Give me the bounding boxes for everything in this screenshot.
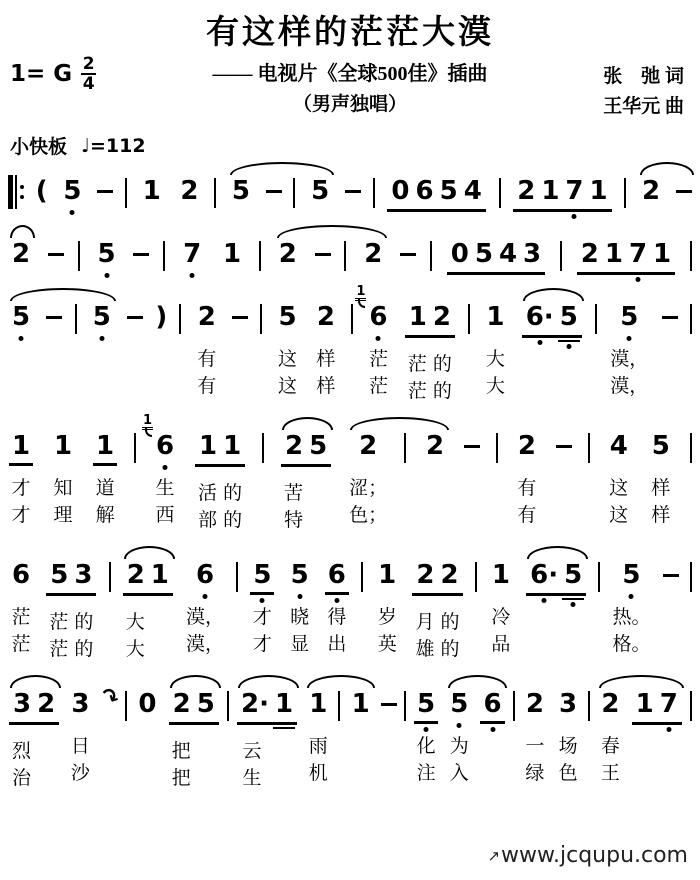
octave-dot bbox=[99, 336, 104, 341]
barline bbox=[690, 562, 692, 592]
note-digit: 5 bbox=[95, 238, 119, 270]
duration-dash bbox=[46, 316, 62, 319]
lyric-row: 这 bbox=[276, 347, 300, 372]
note-digit: 4 bbox=[607, 430, 631, 462]
lyric bbox=[522, 352, 552, 377]
lyric-row: 这 bbox=[607, 476, 631, 501]
beam-group: 2171 bbox=[513, 175, 611, 212]
music-line: (51255065421712 bbox=[8, 175, 692, 212]
second-underline bbox=[558, 340, 580, 343]
lyric: 色； bbox=[349, 503, 387, 528]
duration-dash bbox=[266, 190, 282, 193]
music-line: 25712205432171 bbox=[8, 238, 692, 275]
barline bbox=[78, 241, 80, 271]
note-digit: 6· bbox=[527, 559, 561, 591]
barline bbox=[430, 241, 432, 271]
octave-dot bbox=[635, 277, 640, 282]
lyric: 茫 bbox=[405, 379, 430, 404]
note-digit: 5 bbox=[617, 301, 641, 333]
lyric: 的 bbox=[220, 481, 245, 506]
note-digit: 1 bbox=[93, 430, 117, 462]
note-digit: 2 bbox=[34, 688, 58, 720]
note-group: 25苦 特 bbox=[281, 430, 331, 533]
lyric-row: 英 bbox=[375, 632, 399, 657]
note-token: 4这这 bbox=[607, 430, 631, 528]
lyric-row: 注 bbox=[414, 761, 438, 786]
lyric: 茫 bbox=[366, 374, 390, 399]
lyric-row bbox=[526, 610, 586, 635]
second-underline bbox=[562, 598, 584, 601]
duration-dash bbox=[345, 190, 361, 193]
lyric: 雄 bbox=[412, 637, 437, 662]
barline bbox=[236, 562, 238, 592]
note-token: 1知理 bbox=[51, 430, 75, 528]
note-digit: 5 bbox=[90, 301, 114, 333]
lyric: 治 bbox=[9, 766, 34, 791]
lyric-row: 治 bbox=[9, 766, 59, 791]
lyric bbox=[632, 739, 657, 764]
lyric-row: 大 bbox=[123, 610, 173, 635]
barline bbox=[588, 433, 590, 463]
beam-group: 0543 bbox=[447, 238, 545, 275]
lyric-row: 大 bbox=[483, 347, 507, 372]
lyric bbox=[148, 637, 173, 662]
lyric-row: 茫的 bbox=[46, 610, 96, 635]
lyric-row: 大 bbox=[483, 374, 507, 399]
lyric: 王 bbox=[598, 761, 622, 786]
lyric: 理 bbox=[51, 503, 75, 528]
lyric: 的 bbox=[71, 610, 96, 635]
lyric: 化 bbox=[414, 734, 438, 759]
slur bbox=[124, 546, 175, 559]
lyric-row: 漠， bbox=[610, 374, 648, 399]
note-digit: 2 bbox=[423, 430, 447, 462]
note-digit: 1 bbox=[406, 301, 430, 333]
lyric bbox=[423, 476, 447, 501]
octave-dot bbox=[334, 598, 339, 603]
lyric-row: 茫 bbox=[366, 347, 390, 372]
lyric-row: 苦 bbox=[281, 481, 331, 506]
octave-dot bbox=[537, 340, 542, 345]
note-digit: 2 bbox=[170, 688, 194, 720]
lyric: 特 bbox=[281, 508, 306, 533]
lyricist: 张 弛 词 bbox=[603, 62, 684, 92]
lyric bbox=[267, 739, 297, 764]
lyric bbox=[194, 766, 219, 791]
lyric-row: 生 bbox=[237, 766, 297, 791]
key-text: 1= G bbox=[10, 61, 72, 87]
lyric-row: 机 bbox=[306, 761, 330, 786]
beam-group: 2·1 bbox=[237, 688, 297, 725]
note-digit: 6 bbox=[480, 688, 504, 720]
note-digit: 5 bbox=[288, 559, 312, 591]
lyric: 的 bbox=[430, 379, 455, 404]
lyric: 苦 bbox=[281, 481, 306, 506]
barline bbox=[595, 304, 597, 334]
note-digit: 1 bbox=[349, 688, 373, 720]
note-group: 2·1云 生 bbox=[237, 688, 297, 791]
note-digit: 5 bbox=[250, 559, 274, 591]
octave-dot bbox=[627, 336, 632, 341]
slur bbox=[230, 162, 334, 175]
lyric-row: 春 bbox=[598, 734, 622, 759]
duration-dash bbox=[663, 574, 679, 577]
note-digit: 1 bbox=[306, 688, 330, 720]
note-digit: 2 bbox=[9, 238, 33, 270]
lyric: 才 bbox=[250, 632, 274, 657]
lyric bbox=[135, 734, 159, 759]
lyric bbox=[148, 610, 173, 635]
octave-dot bbox=[104, 273, 109, 278]
beam-group: 17 bbox=[632, 688, 682, 725]
note-digit: 7 bbox=[657, 688, 681, 720]
barline bbox=[624, 178, 626, 208]
slur bbox=[640, 162, 694, 175]
beam-group: 25 bbox=[281, 430, 331, 467]
lyric-row: 才 bbox=[9, 476, 33, 501]
lyric-row: 入 bbox=[447, 761, 471, 786]
lyric-row: 雨 bbox=[306, 734, 330, 759]
lyric-row bbox=[632, 739, 682, 764]
lyric: 注 bbox=[414, 761, 438, 786]
note-token: 5化注 bbox=[414, 688, 438, 786]
lyric: 机 bbox=[306, 761, 330, 786]
lyric-row: 茫的 bbox=[405, 379, 455, 404]
note-digit: 5 bbox=[414, 688, 438, 720]
note-token: 5 bbox=[90, 301, 114, 399]
duration-dash bbox=[676, 190, 692, 193]
note-digit: 1 bbox=[483, 301, 507, 333]
lyric-row: 大 bbox=[123, 637, 173, 662]
note-digit: 5 bbox=[437, 175, 461, 207]
note-digit: 3 bbox=[68, 688, 92, 720]
duration-dash bbox=[127, 316, 143, 319]
lyric-row: 样 bbox=[649, 476, 673, 501]
note-digit: 5 bbox=[306, 430, 330, 462]
lyric: 茫 bbox=[46, 637, 71, 662]
note-token: 1 bbox=[220, 238, 244, 270]
note-token: 5漠，漠， bbox=[610, 301, 648, 399]
lyric-row: 出 bbox=[325, 632, 349, 657]
barline bbox=[404, 691, 406, 721]
lyric: 部 bbox=[195, 508, 220, 533]
note-digit: 1 bbox=[489, 559, 513, 591]
lyric-row: 烈 bbox=[9, 739, 59, 764]
lyric-row bbox=[135, 761, 159, 786]
tempo-marking: 小快板 ♩=112 bbox=[10, 132, 700, 159]
note-digit: 3 bbox=[556, 688, 580, 720]
lyric: 有 bbox=[195, 374, 219, 399]
song-subtitle: —— 电视片《全球500佳》插曲 bbox=[0, 57, 700, 86]
lyric-row bbox=[526, 637, 586, 662]
watermark-url: www.jcqupu.com bbox=[501, 843, 688, 868]
note-digit: 2 bbox=[413, 559, 437, 591]
lyric-row: 理 bbox=[51, 503, 75, 528]
note-digit: 2 bbox=[282, 430, 306, 462]
lyric bbox=[194, 739, 219, 764]
credits: 张 弛 词 王华元 曲 bbox=[603, 62, 684, 122]
lyric: 生 bbox=[153, 476, 177, 501]
slur bbox=[277, 225, 388, 238]
note-token: 1才才 bbox=[9, 430, 33, 528]
octave-dot bbox=[571, 602, 576, 607]
lyric: 茫 bbox=[366, 347, 390, 372]
lyric-row: 部的 bbox=[195, 508, 245, 533]
note-token: 5 bbox=[60, 175, 84, 207]
note-digit: 1 bbox=[220, 430, 244, 462]
note-digit: 2 bbox=[515, 430, 539, 462]
note-digit: 61 bbox=[366, 301, 390, 333]
note-digit: 7 bbox=[626, 238, 650, 270]
lyric-row: 才 bbox=[250, 605, 274, 630]
note-token: 5 bbox=[308, 175, 332, 207]
lyric-row: 沙 bbox=[68, 761, 92, 786]
lyric: 有 bbox=[515, 476, 539, 501]
note-token: 1道解 bbox=[93, 430, 117, 528]
barline bbox=[499, 178, 501, 208]
note-digit: 4 bbox=[496, 238, 520, 270]
lyric-row: 色 bbox=[556, 761, 580, 786]
duration-dash bbox=[400, 253, 416, 256]
lyric-row: 有 bbox=[195, 347, 219, 372]
note-token: 1雨机 bbox=[306, 688, 330, 786]
octave-dot bbox=[457, 723, 462, 728]
beam-group: 53 bbox=[46, 559, 96, 596]
beam-group: 2171 bbox=[577, 238, 675, 275]
lyric: 出 bbox=[325, 632, 349, 657]
octave-dot bbox=[376, 336, 381, 341]
rest-note: 0 bbox=[388, 175, 412, 207]
note-digit: 2 bbox=[438, 559, 462, 591]
lyric: 这 bbox=[276, 347, 300, 372]
duration-dash bbox=[48, 253, 64, 256]
barline bbox=[475, 562, 477, 592]
barline bbox=[125, 178, 127, 208]
barline bbox=[260, 304, 262, 334]
lyric bbox=[306, 508, 331, 533]
note-token: 2涩；色； bbox=[349, 430, 387, 528]
key-signature: 1= G 2 4 bbox=[10, 56, 96, 92]
note-token: 6漠，漠， bbox=[186, 559, 224, 657]
barline bbox=[75, 304, 77, 334]
note-token: 2 bbox=[276, 238, 300, 270]
note-group: 53茫的茫的 bbox=[46, 559, 96, 662]
octave-dot bbox=[424, 727, 429, 732]
beam-group: 22 bbox=[412, 559, 462, 596]
lyric bbox=[552, 379, 582, 404]
lyric: 这 bbox=[276, 374, 300, 399]
duration-dash bbox=[556, 445, 572, 448]
lyric: 英 bbox=[375, 632, 399, 657]
note-digit: 6 bbox=[325, 559, 349, 591]
note-token: 2一绿 bbox=[523, 688, 547, 786]
score: (51255065421712257122054321715 5 )2有有5这这… bbox=[0, 175, 700, 791]
note-digit: 2 bbox=[639, 175, 663, 207]
time-signature: 2 4 bbox=[81, 56, 96, 92]
note-token: 5 bbox=[9, 301, 33, 399]
lyric: 才 bbox=[9, 503, 33, 528]
rest-note: 0 bbox=[448, 238, 472, 270]
note-digit: 2 bbox=[356, 430, 380, 462]
lyric-row bbox=[349, 734, 373, 759]
duration-dash bbox=[381, 703, 397, 706]
cursor-arrow-icon: ↗ bbox=[487, 847, 500, 865]
duration-dash bbox=[464, 445, 480, 448]
lyric bbox=[34, 766, 59, 791]
lyric: 知 bbox=[51, 476, 75, 501]
barline bbox=[214, 178, 216, 208]
lyric bbox=[480, 734, 504, 759]
lyric bbox=[657, 739, 682, 764]
lyric-row: 才 bbox=[9, 503, 33, 528]
slur bbox=[238, 675, 299, 688]
barline bbox=[361, 562, 363, 592]
lyric-row: 绿 bbox=[523, 761, 547, 786]
beam-group: 21 bbox=[123, 559, 173, 596]
lyric bbox=[423, 503, 447, 528]
note-digit: 5 bbox=[447, 688, 471, 720]
sheet-music-page: { "header": { "title": "有这样的茫茫大漠", "subt… bbox=[0, 0, 700, 880]
lyric: 样 bbox=[314, 374, 338, 399]
note-digit: 2 bbox=[361, 238, 385, 270]
octave-dot bbox=[163, 465, 168, 470]
lyric: 把 bbox=[169, 766, 194, 791]
lyric: 格。 bbox=[612, 632, 650, 657]
octave-dot bbox=[490, 727, 495, 732]
barline bbox=[468, 304, 470, 334]
lyric: 道 bbox=[93, 476, 117, 501]
note-digit: 2 bbox=[276, 238, 300, 270]
octave-dot bbox=[297, 594, 302, 599]
note-token: 0 bbox=[135, 688, 159, 786]
note-token: 2 bbox=[423, 430, 447, 528]
lyric: 涩； bbox=[349, 476, 387, 501]
note-digit: 5 bbox=[47, 559, 71, 591]
lyric: 漠， bbox=[186, 632, 224, 657]
note-digit: 2 bbox=[430, 301, 454, 333]
rest-note: 0 bbox=[135, 688, 159, 720]
lyric-row bbox=[90, 347, 114, 372]
note-digit: 3 bbox=[71, 559, 95, 591]
note-digit: 5 bbox=[229, 175, 253, 207]
barline bbox=[513, 691, 515, 721]
beam-group: 11 bbox=[195, 430, 245, 467]
note-group: 12茫的茫的 bbox=[405, 301, 455, 404]
lyric-row: 冷 bbox=[489, 605, 513, 630]
grace-note: 1 bbox=[142, 414, 153, 430]
lyric bbox=[657, 766, 682, 791]
lyric bbox=[267, 766, 297, 791]
note-token: 5这这 bbox=[276, 301, 300, 399]
note-token: 5晓显 bbox=[288, 559, 312, 657]
lyric-row bbox=[9, 347, 33, 372]
note-digit: 6· bbox=[523, 301, 557, 333]
note-token: 2有有 bbox=[515, 430, 539, 528]
lyric: 云 bbox=[237, 739, 267, 764]
barline bbox=[344, 241, 346, 271]
lyric: 雨 bbox=[306, 734, 330, 759]
lyric: 茫 bbox=[405, 352, 430, 377]
second-underline bbox=[273, 727, 295, 730]
note-digit: 1 bbox=[538, 175, 562, 207]
note-digit: 6 bbox=[413, 175, 437, 207]
vocal-type: （男声独唱） bbox=[0, 89, 700, 116]
lyric: 春 bbox=[598, 734, 622, 759]
lyric: 日 bbox=[68, 734, 92, 759]
barline bbox=[293, 178, 295, 208]
lyric bbox=[526, 637, 556, 662]
time-numerator: 2 bbox=[83, 56, 95, 72]
note-group: 11活的部的 bbox=[195, 430, 245, 533]
slur bbox=[307, 675, 374, 688]
lyric-row: 得 bbox=[325, 605, 349, 630]
lyric-row: 场 bbox=[556, 734, 580, 759]
lyric-row: 活的 bbox=[195, 481, 245, 506]
note-token: 5热。格。 bbox=[612, 559, 650, 657]
lyric: 西 bbox=[153, 503, 177, 528]
barline bbox=[690, 433, 692, 463]
note-digit: 2 bbox=[124, 559, 148, 591]
note-token: 1 bbox=[349, 688, 373, 786]
note-token: 3日沙 bbox=[68, 688, 92, 786]
lyric-row: 西 bbox=[153, 503, 177, 528]
note-digit: 2 bbox=[195, 301, 219, 333]
repeat-start-sign bbox=[8, 175, 24, 209]
barline bbox=[227, 691, 229, 721]
lyric bbox=[526, 610, 556, 635]
note-digit: 1 bbox=[602, 238, 626, 270]
lyric-row: 晓 bbox=[288, 605, 312, 630]
lyric: 把 bbox=[169, 739, 194, 764]
lyric-row bbox=[423, 503, 447, 528]
lyric bbox=[306, 481, 331, 506]
lyric: 场 bbox=[556, 734, 580, 759]
note-digit: 61 bbox=[153, 430, 177, 462]
lyric: 的 bbox=[220, 508, 245, 533]
lyric: 有 bbox=[515, 503, 539, 528]
lyric: 漠， bbox=[186, 605, 224, 630]
lyric: 样 bbox=[649, 503, 673, 528]
note-digit: 2 bbox=[314, 301, 338, 333]
lyric: 样 bbox=[649, 476, 673, 501]
lyric-row: 热。 bbox=[612, 605, 650, 630]
duration-dash bbox=[97, 190, 113, 193]
note-digit: 7 bbox=[180, 238, 204, 270]
note-token: 5为入 bbox=[447, 688, 471, 786]
lyric bbox=[480, 761, 504, 786]
note-token: 6 bbox=[480, 688, 504, 786]
note-token: 5 bbox=[95, 238, 119, 270]
watermark[interactable]: ↗ www.jcqupu.com bbox=[487, 843, 688, 868]
octave-dot bbox=[566, 344, 571, 349]
slur bbox=[599, 675, 683, 688]
barline bbox=[134, 433, 136, 463]
lyric: 大 bbox=[123, 637, 148, 662]
note-token: 6得出 bbox=[325, 559, 349, 657]
lyric-row: 茫 bbox=[366, 374, 390, 399]
octave-dot bbox=[190, 273, 195, 278]
tempo-value: ♩=112 bbox=[81, 135, 146, 157]
lyric-row: 雄的 bbox=[412, 637, 462, 662]
lyric: 沙 bbox=[68, 761, 92, 786]
lyric bbox=[556, 610, 586, 635]
note-token: 5 bbox=[229, 175, 253, 207]
barline bbox=[351, 304, 353, 334]
note-digit: 2 bbox=[523, 688, 547, 720]
note-group: 2171 bbox=[513, 175, 611, 212]
octave-dot bbox=[666, 727, 671, 732]
lyric: 烈 bbox=[9, 739, 34, 764]
